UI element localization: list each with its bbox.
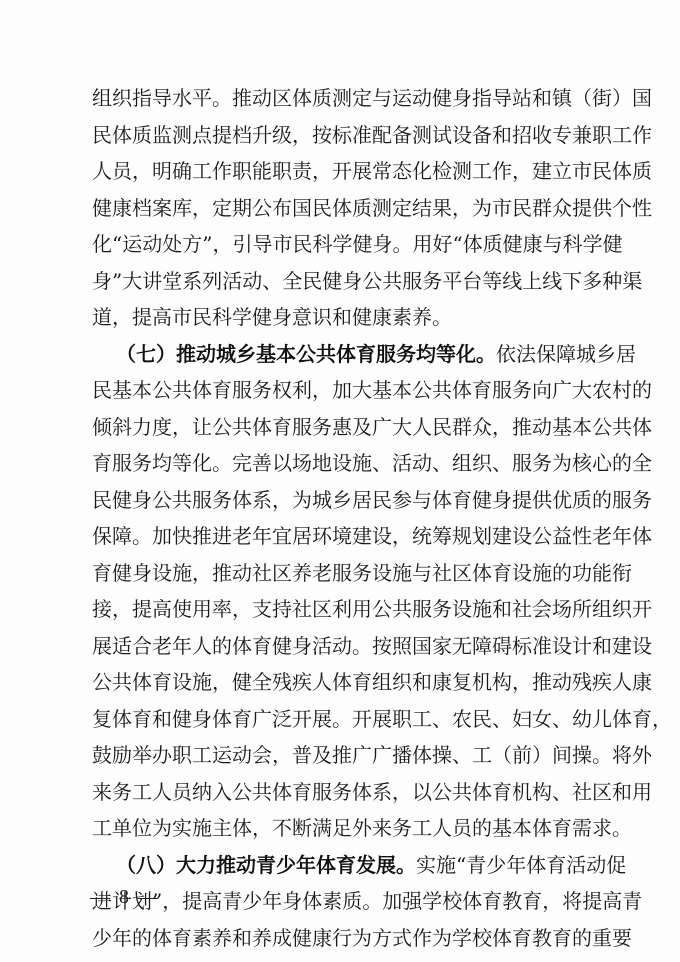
paragraph-line: 道，提高市民科学健身意识和健康素养。 xyxy=(92,302,594,332)
section-heading-line: （七）推动城乡基本公共体育服务均等化。依法保障城乡居 xyxy=(116,339,594,369)
paragraph-line: 工单位为实施主体，不断满足外来务工人员的基本体育需求。 xyxy=(92,813,594,843)
paragraph-line: 鼓励举办职工运动会，普及推广广播体操、工（前）间操。将外 xyxy=(92,740,594,770)
paragraph-line: 民健身公共服务体系，为城乡居民参与体育健身提供优质的服务 xyxy=(92,485,594,515)
paragraph-line: 身”大讲堂系列活动、全民健身公共服务平台等线上线下多种渠 xyxy=(92,266,594,296)
paragraph-line: 民体质监测点提档升级，按标准配备测试设备和招收专兼职工作 xyxy=(92,120,594,150)
paragraph-line: 倾斜力度，让公共体育服务惠及广大人民群众，推动基本公共体 xyxy=(92,412,594,442)
paragraph-line: 复体育和健身体育广泛开展。开展职工、农民、妇女、幼儿体育， xyxy=(92,704,594,734)
paragraph-line: 少年的体育素养和养成健康行为方式作为学校体育教育的重要 xyxy=(92,923,594,953)
paragraph-line: 接，提高使用率，支持社区利用公共服务设施和社会场所组织开 xyxy=(92,594,594,624)
paragraph-line: 化“运动处方”，引导市民科学健身。用好“体质健康与科学健 xyxy=(92,229,594,259)
section-heading-8: （八）大力推动青少年体育发展。 xyxy=(116,853,416,877)
paragraph-text: 实施“青少年体育活动促 xyxy=(416,853,626,877)
paragraph-line: 展适合老年人的体育健身活动。按照国家无障碍标准设计和建设 xyxy=(92,631,594,661)
paragraph-line: 健康档案库，定期公布国民体质测定结果，为市民群众提供个性 xyxy=(92,193,594,223)
paragraph-line: 育健身设施，推动社区养老服务设施与社区体育设施的功能衔 xyxy=(92,558,594,588)
paragraph-text: 依法保障城乡居 xyxy=(496,342,636,366)
page-number: — 8 — xyxy=(90,886,160,909)
paragraph-line: 进计划”，提高青少年身体素质。加强学校体育教育，将提高青 xyxy=(92,886,594,916)
paragraph-line: 来务工人员纳入公共体育服务体系，以公共体育机构、社区和用 xyxy=(92,777,594,807)
paragraph-line: 育服务均等化。完善以场地设施、活动、组织、服务为核心的全 xyxy=(92,448,594,478)
paragraph-line: 人员，明确工作职能职责，开展常态化检测工作，建立市民体质 xyxy=(92,156,594,186)
paragraph-line: 公共体育设施，健全残疾人体育组织和康复机构，推动残疾人康 xyxy=(92,667,594,697)
document-page: 组织指导水平。推动区体质测定与运动健身指导站和镇（街）国 民体质监测点提档升级，… xyxy=(0,0,680,962)
paragraph-line: 保障。加快推进老年宜居环境建设，统筹规划建设公益性老年体 xyxy=(92,521,594,551)
section-heading-line: （八）大力推动青少年体育发展。实施“青少年体育活动促 xyxy=(116,850,594,880)
paragraph-line: 组织指导水平。推动区体质测定与运动健身指导站和镇（街）国 xyxy=(92,83,594,113)
paragraph-line: 民基本公共体育服务权利，加大基本公共体育服务向广大农村的 xyxy=(92,375,594,405)
section-heading-7: （七）推动城乡基本公共体育服务均等化。 xyxy=(116,342,496,366)
